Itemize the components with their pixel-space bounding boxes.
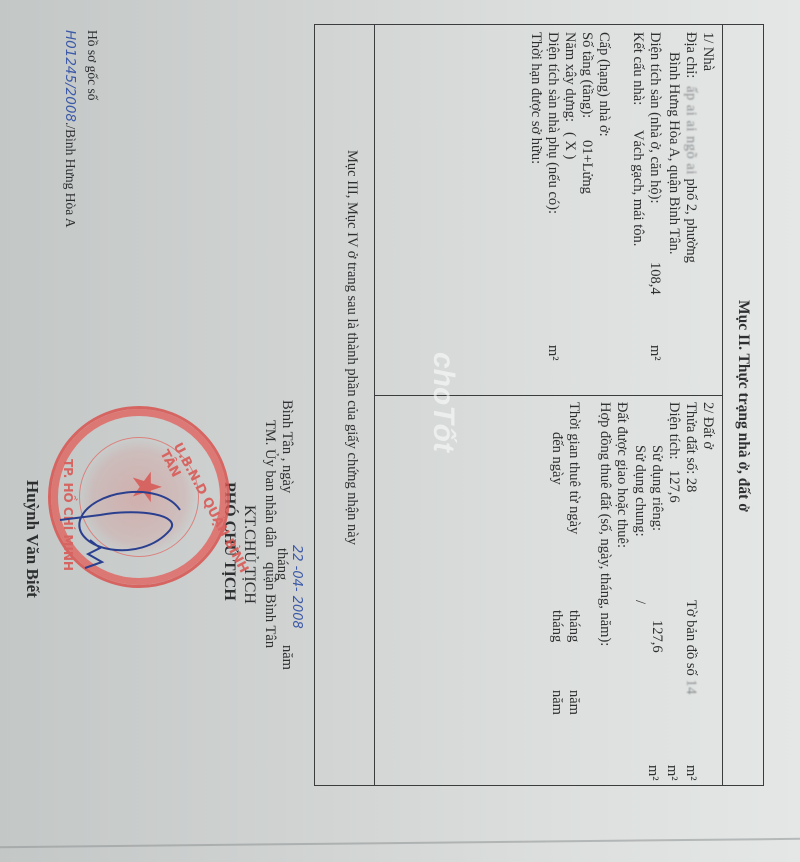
chotot-watermark: choTốt	[426, 352, 460, 452]
section-title: Mục II. Thực trạng nhà ở, đất ở	[734, 300, 752, 512]
lease-to-month-label: tháng	[548, 610, 565, 642]
shared-use-label: Sử dụng chung:	[631, 445, 648, 537]
aux-area-label: Diện tích sàn nhà phụ (nếu có):	[544, 32, 561, 214]
certificate-page: Mục II. Thực trạng nhà ở, đất ở 1/ Nhà Đ…	[0, 0, 800, 862]
floors-value: 01+Lửng	[578, 140, 595, 194]
signature-scribble	[50, 470, 200, 590]
house-heading: 1/ Nhà	[699, 32, 716, 71]
signer-name: Huỳnh Văn Biết	[22, 480, 42, 598]
address-label: Địa chỉ:	[683, 32, 699, 78]
shared-use-unit: m²	[644, 765, 661, 781]
private-use-label: Sử dụng riêng:	[648, 445, 665, 531]
floor-area-value: 108,4	[646, 262, 663, 295]
grade-label: Cấp (hạng) nhà ở:	[595, 32, 612, 137]
year-label: năm	[278, 645, 295, 670]
lease-from-month-label: tháng	[565, 610, 582, 642]
lease-to-year-label: năm	[548, 690, 565, 715]
footer-note: Mục III, Mục IV ở trang sau là thành phầ…	[343, 150, 360, 545]
year-built-label: Năm xây dựng:	[561, 32, 578, 122]
address-redacted: ấp ai ai ngõ ai	[683, 82, 699, 175]
shared-use-value: /	[631, 600, 648, 604]
parcel-value: 28	[683, 478, 699, 493]
private-use-unit: m²	[663, 765, 680, 781]
structure-value: Vách gạch, mái tôn.	[629, 130, 646, 246]
file-record-suffix: ./Bình Hưng Hòa A	[63, 122, 78, 228]
lease-to-label: đến ngày	[548, 432, 565, 485]
file-record-number: H01245/2008	[62, 30, 78, 122]
map-sheet-redacted: 14	[683, 679, 699, 695]
allocation-label: Đất được giao hoặc thuê:	[613, 402, 630, 548]
area-value: 127,6	[665, 470, 682, 503]
address-line1: phố 2, phường	[683, 179, 699, 263]
place-date-prefix: Bình Tân , ngày	[278, 400, 295, 493]
lease-from-year-label: năm	[565, 690, 582, 715]
date-stamp: 22 -04- 2008	[289, 545, 304, 629]
file-record-label: Hồ sơ gốc số	[84, 30, 100, 101]
lease-from-label: Thời gian thuê từ ngày	[565, 402, 582, 534]
ownership-term-label: Thời hạn được sở hữu:	[527, 32, 544, 164]
floor-area-unit: m²	[646, 345, 663, 361]
area-label: Diện tích:	[665, 402, 682, 460]
private-use-value: 127,6	[648, 620, 665, 653]
land-heading: 2/ Đất ở	[699, 402, 716, 449]
structure-label: Kết cấu nhà:	[629, 32, 646, 105]
authority: TM. Ủy ban nhân dân quận Bình Tân	[261, 420, 278, 648]
map-sheet-label: Tờ bản đồ số	[683, 600, 699, 676]
address-line2: Bình Hưng Hòa A, quận Bình Tân.	[665, 52, 682, 255]
year-built-value: ( X )	[561, 132, 578, 159]
table-divider	[722, 25, 723, 785]
floor-area-label: Diện tích sàn (nhà ở, căn hộ):	[646, 32, 663, 204]
table-divider	[374, 25, 375, 785]
area-unit: m²	[682, 765, 699, 781]
parcel-label: Thửa đất số:	[683, 402, 699, 474]
lease-contract-label: Hợp đồng thuê đất (số, ngày, tháng, năm)…	[596, 402, 613, 646]
floors-label: Số tầng (tầng):	[578, 32, 595, 118]
aux-area-unit: m²	[544, 345, 561, 361]
